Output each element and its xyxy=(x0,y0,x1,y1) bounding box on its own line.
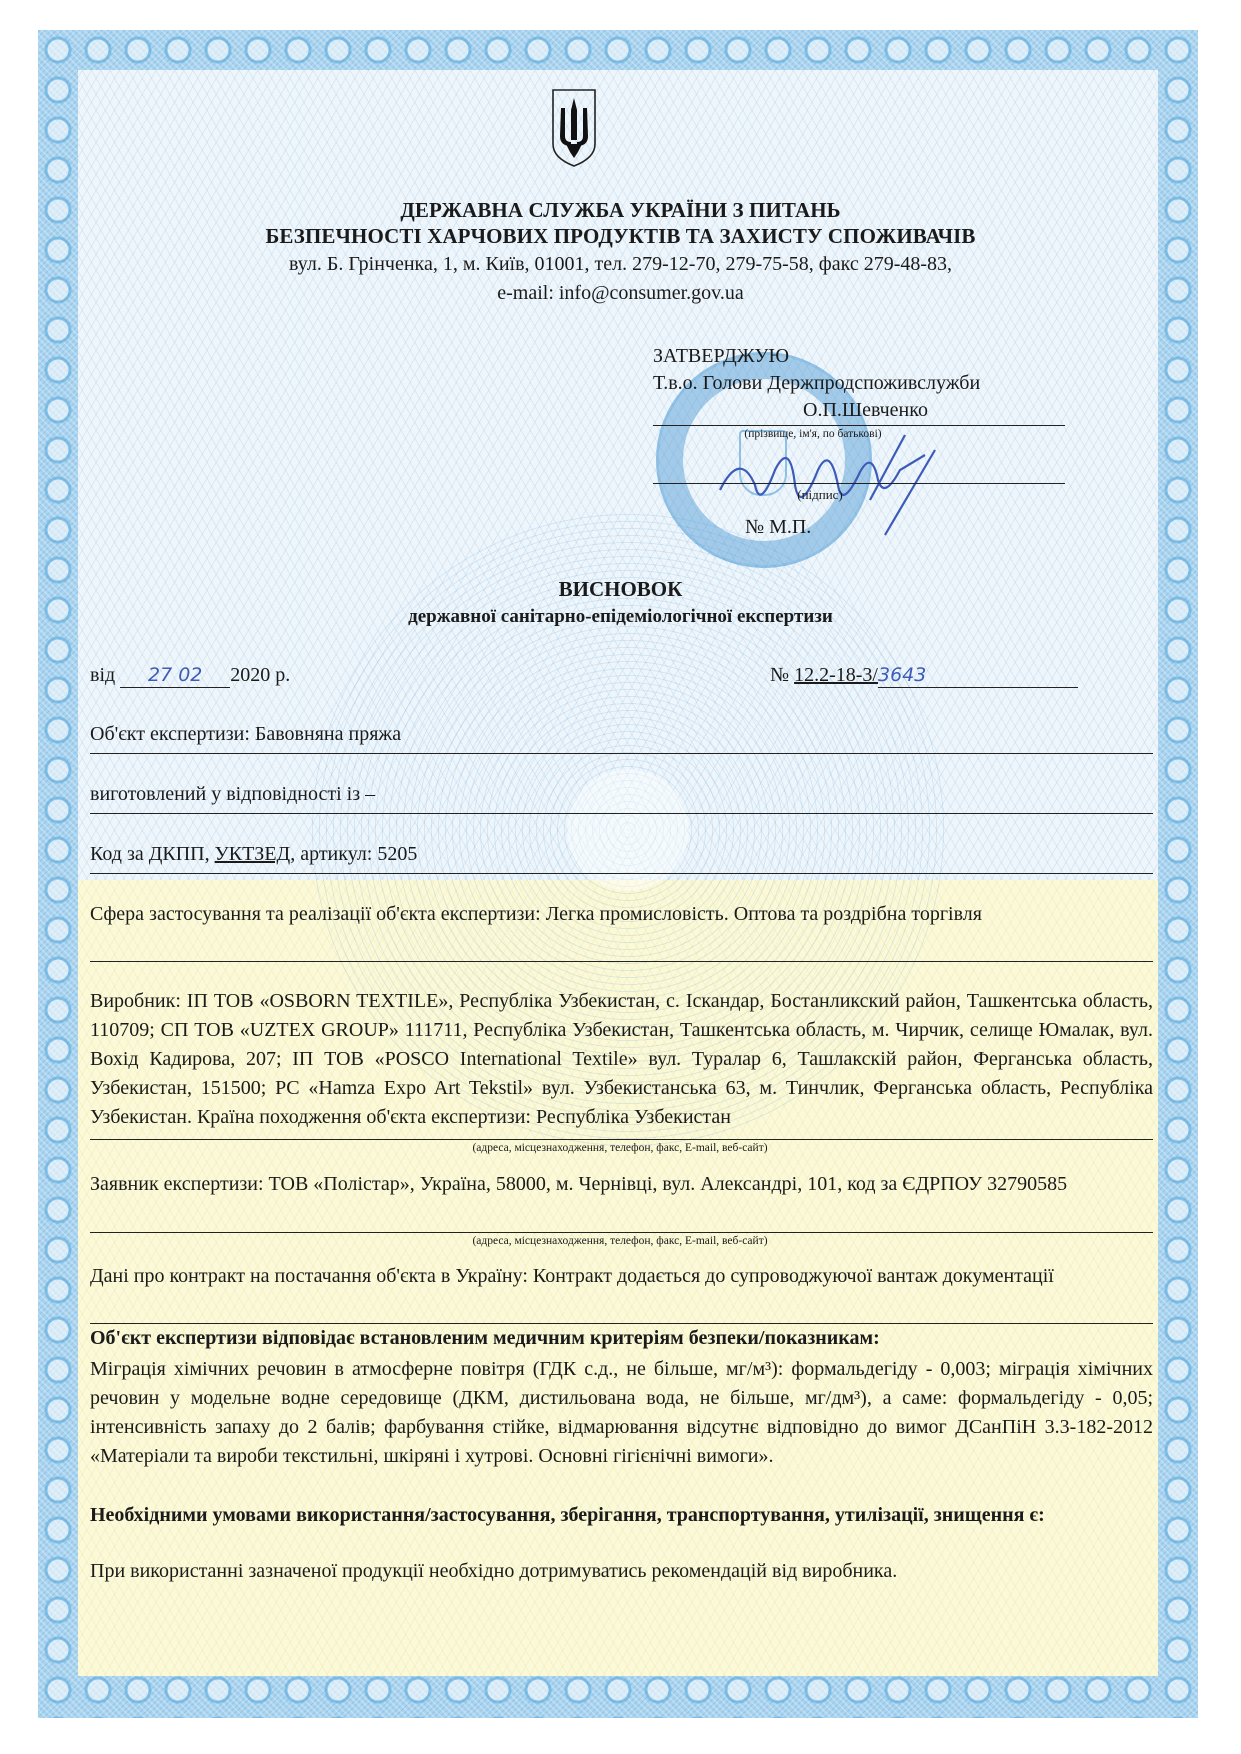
manufacturer-field: Виробник: ІП ТОВ «OSBORN TEXTILE», Респу… xyxy=(90,987,1153,1132)
ukraine-trident-icon xyxy=(551,88,597,168)
made-per-field: виготовлений у відповідності із – xyxy=(90,783,1153,806)
org-name-line-2: БЕЗПЕЧНОСТІ ХАРЧОВИХ ПРОДУКТІВ ТА ЗАХИСТ… xyxy=(100,224,1141,249)
divider xyxy=(90,753,1153,754)
contract-field: Дані про контракт на постачання об'єкта … xyxy=(90,1262,1153,1291)
criteria-heading: Об'єкт експертизи відповідає встановлени… xyxy=(90,1327,1153,1350)
org-address: вул. Б. Грінченка, 1, м. Київ, 01001, те… xyxy=(100,253,1141,276)
divider xyxy=(90,813,1153,814)
approve-label: ЗАТВЕРДЖУЮ xyxy=(653,345,789,368)
signature-line xyxy=(653,483,1065,484)
approver-position: Т.в.о. Голови Держпродспоживслужби xyxy=(653,372,980,395)
date-prefix: від xyxy=(90,664,115,686)
number-handwritten: 3643 xyxy=(878,664,926,686)
org-name-line-1: ДЕРЖАВНА СЛУЖБА УКРАЇНИ З ПИТАНЬ xyxy=(100,198,1141,223)
applicant-field: Заявник експертизи: ТОВ «Полістар», Укра… xyxy=(90,1170,1153,1199)
divider xyxy=(90,1232,1153,1233)
object-field: Об'єкт експертизи: Бавовняна пряжа xyxy=(90,723,1153,746)
criteria-body: Міграція хімічних речовин в атмосферне п… xyxy=(90,1355,1153,1471)
code-field: Код за ДКПП, УКТЗЕД, артикул: 5205 xyxy=(90,843,1153,866)
document-number: № 12.2-18-3/3643 xyxy=(770,664,1110,688)
conclusion-subtitle: державної санітарно-епідеміологічної екс… xyxy=(100,606,1141,628)
signature-icon xyxy=(700,430,960,540)
date-suffix: 2020 р. xyxy=(230,664,290,686)
code-underlined: УКТЗЕД xyxy=(215,843,291,865)
document-content: ДЕРЖАВНА СЛУЖБА УКРАЇНИ З ПИТАНЬ БЕЗПЕЧН… xyxy=(0,0,1241,1754)
divider xyxy=(90,961,1153,962)
seal-label: № М.П. xyxy=(745,516,811,539)
approver-name: О.П.Шевченко xyxy=(803,399,928,422)
name-caption: (прізвище, ім'я, по батькові) xyxy=(713,428,913,440)
conditions-body: При використанні зазначеної продукції не… xyxy=(90,1560,1153,1583)
number-prefix: № xyxy=(770,664,789,686)
code-prefix: Код за ДКПП, xyxy=(90,843,215,865)
org-email: e-mail: info@consumer.gov.ua xyxy=(100,282,1141,305)
date-field: 27 02 xyxy=(120,664,230,688)
conditions-heading: Необхідними умовами використання/застосу… xyxy=(90,1501,1153,1530)
divider xyxy=(90,1139,1153,1140)
conclusion-title: ВИСНОВОК xyxy=(100,577,1141,602)
applicant-caption: (адреса, місцезнаходження, телефон, факс… xyxy=(300,1235,940,1247)
divider xyxy=(90,873,1153,874)
divider xyxy=(90,1323,1153,1324)
number-field: 3643 xyxy=(878,664,1078,688)
signature-caption: (підпис) xyxy=(780,487,860,503)
manufacturer-caption: (адреса, місцезнаходження, телефон, факс… xyxy=(300,1142,940,1154)
number-printed: 12.2-18-3/ xyxy=(794,664,878,686)
date-handwritten: 27 02 xyxy=(148,664,202,686)
issue-date: від 27 02 2020 р. xyxy=(90,664,390,688)
name-line xyxy=(653,425,1065,426)
scope-field: Сфера застосування та реалізації об'єкта… xyxy=(90,900,1153,929)
code-suffix: , артикул: 5205 xyxy=(290,843,417,865)
